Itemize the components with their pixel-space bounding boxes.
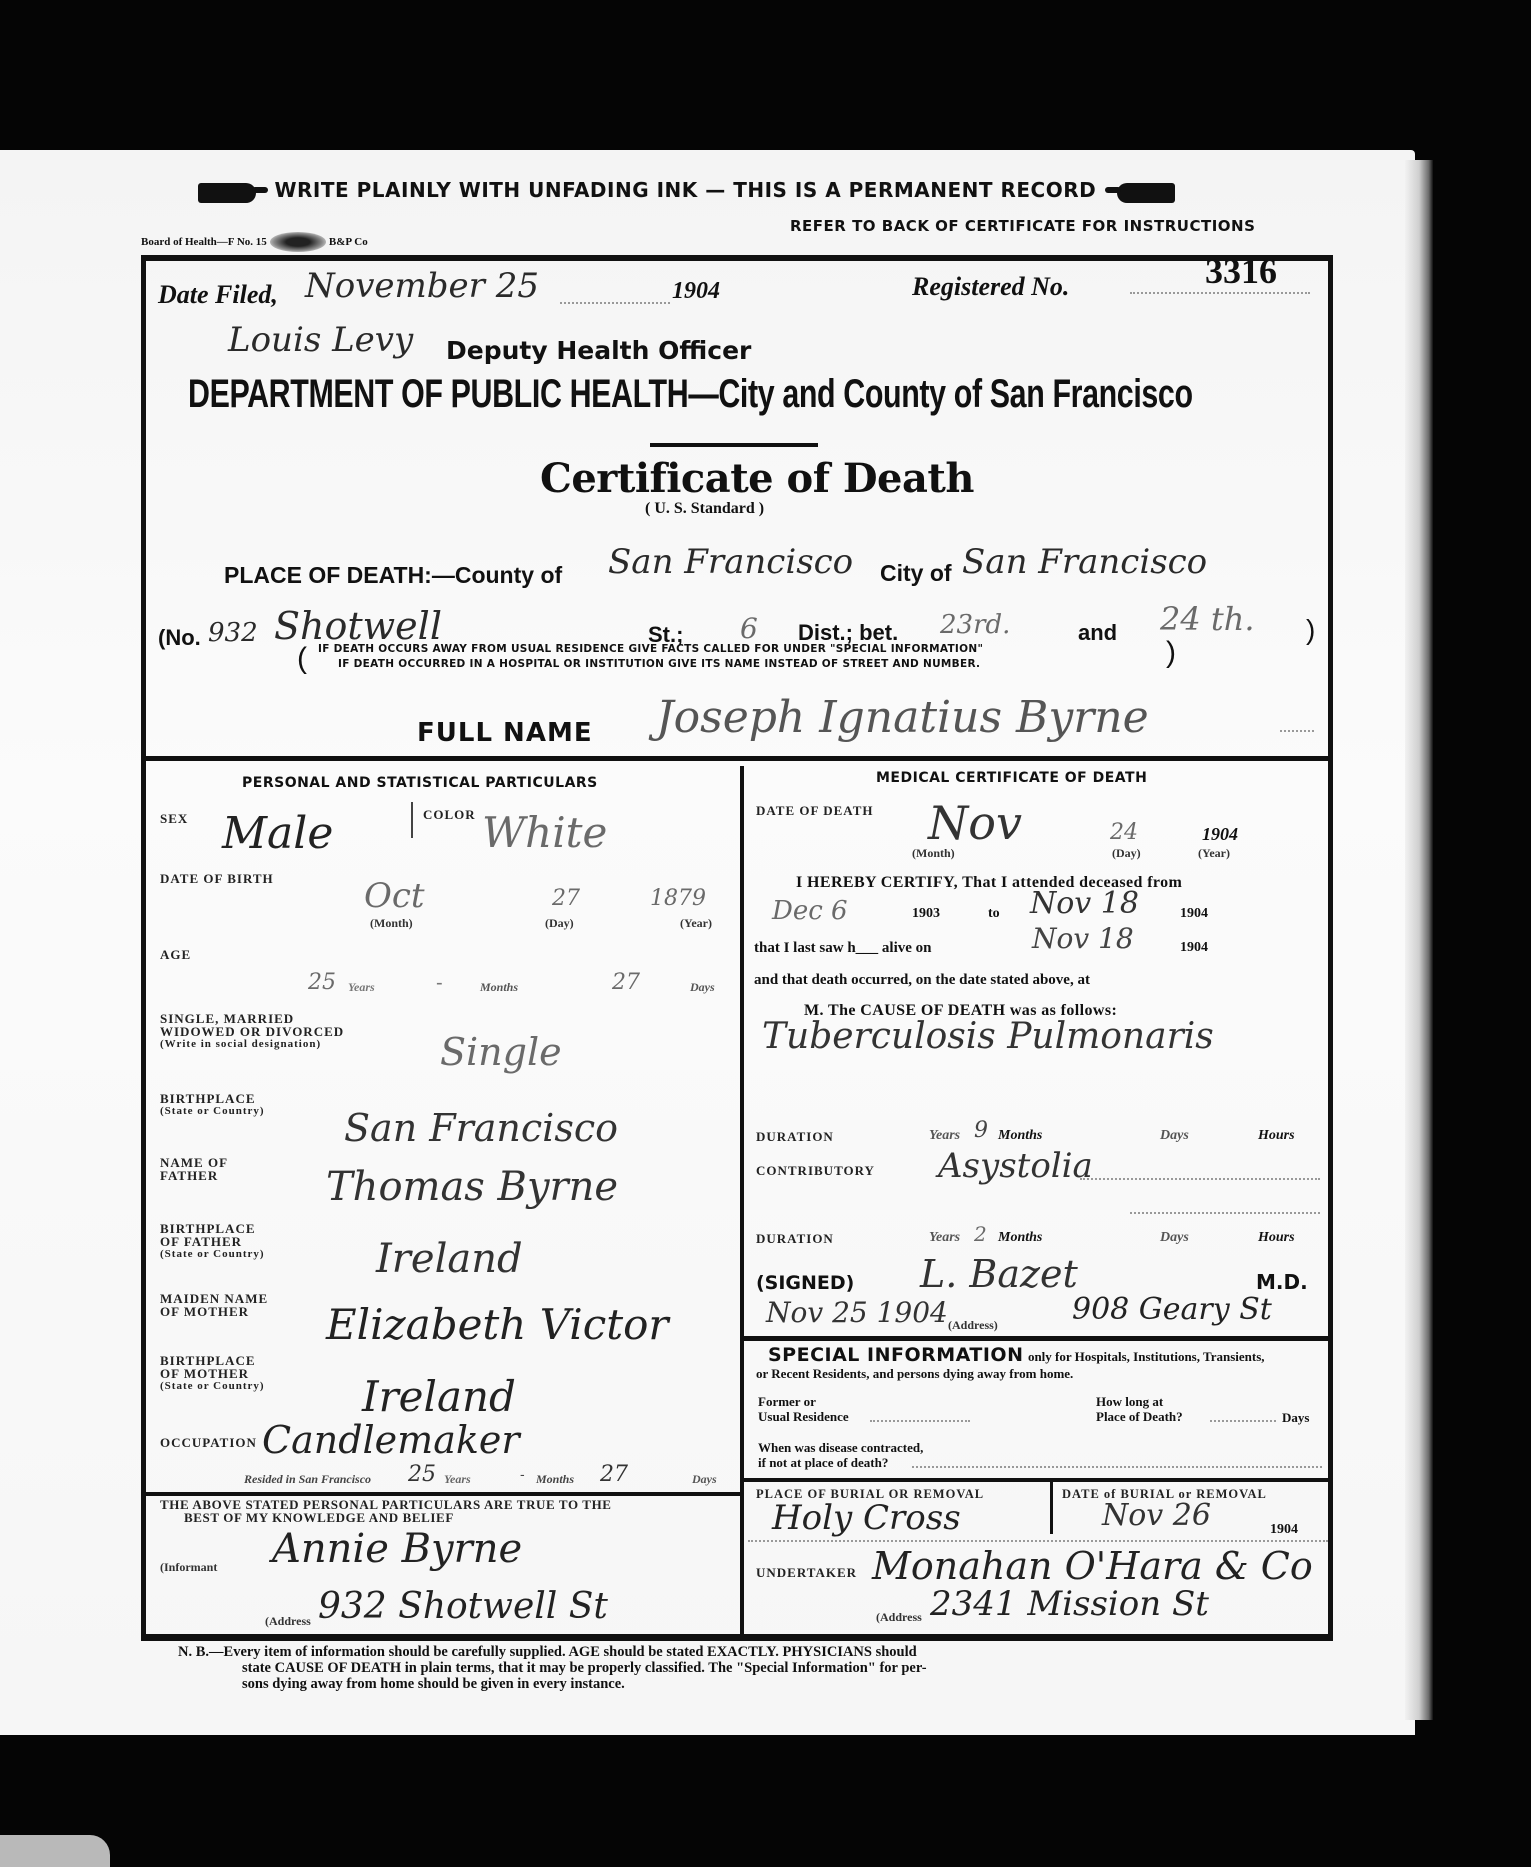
officer-signature: Louis Levy: [228, 320, 413, 360]
footer-note: N. B.—Every item of information should b…: [178, 1644, 927, 1692]
header-banner: WRITE PLAINLY WITH UNFADING INK — THIS I…: [198, 178, 1298, 208]
street-number[interactable]: 932: [208, 618, 258, 648]
frame-right: [1328, 255, 1333, 1640]
registered-label: Registered No.: [912, 272, 1069, 302]
district-value[interactable]: 6: [740, 612, 758, 645]
occurred-text: and that death occurred, on the date sta…: [754, 972, 1090, 989]
resided-days[interactable]: 27: [600, 1462, 628, 1487]
special-heading-rest: only for Hospitals, Institutions, Transi…: [1028, 1349, 1265, 1364]
former-residence-label: Former or Usual Residence: [758, 1394, 849, 1424]
county-value[interactable]: San Francisco: [608, 542, 853, 582]
age-days-caption: Days: [690, 980, 715, 995]
contracted-field[interactable]: [912, 1466, 1322, 1468]
full-name-line: [1280, 730, 1314, 732]
contrib-duration-label: DURATION: [756, 1232, 834, 1245]
contracted-label: When was disease contracted, if not at p…: [758, 1440, 923, 1470]
informant-label: (Informant: [160, 1560, 217, 1575]
last-saw-year[interactable]: 1904: [1180, 940, 1208, 956]
frame-bottom: [141, 1634, 1333, 1641]
mother-label: MAIDEN NAME OF MOTHER: [160, 1292, 268, 1318]
age-years[interactable]: 25: [308, 970, 336, 995]
contracted-label-2: if not at place of death?: [758, 1455, 923, 1470]
frame-left: [141, 255, 146, 1640]
attended-to[interactable]: Nov 18: [1030, 886, 1139, 921]
birthplace-label-1: BIRTHPLACE: [160, 1092, 265, 1105]
former-residence-label-2: Usual Residence: [758, 1409, 849, 1424]
department-title: DEPARTMENT OF PUBLIC HEALTH—City and Cou…: [188, 372, 1193, 417]
registered-number[interactable]: 3316: [1205, 250, 1277, 292]
cause-duration-days-label: Days: [1160, 1128, 1189, 1144]
date-filed-label: Date Filed,: [158, 280, 278, 310]
sex-color-divider: [411, 802, 413, 838]
cause-duration-years-label: Years: [929, 1128, 960, 1144]
father-label-2: FATHER: [160, 1169, 228, 1182]
street-no-label: (No.: [158, 625, 201, 651]
contributory-line-2: [1130, 1212, 1320, 1214]
father-birthplace-label-2: OF FATHER: [160, 1235, 265, 1248]
certificate-title: Certificate of Death: [540, 455, 974, 502]
dob-month[interactable]: Oct: [364, 876, 425, 916]
dod-year-caption: (Year): [1198, 846, 1230, 861]
burial-place[interactable]: Holy Cross: [772, 1498, 961, 1538]
color-label: COLOR: [423, 808, 476, 821]
how-long-label: How long at Place of Death?: [1096, 1394, 1183, 1424]
standard-subtitle: ( U. S. Standard ): [645, 500, 764, 518]
resided-months[interactable]: -: [520, 1466, 525, 1482]
pointing-hand-icon: [198, 183, 256, 203]
burial-date[interactable]: Nov 26: [1102, 1498, 1211, 1533]
contrib-duration-years-label: Years: [929, 1230, 960, 1246]
age-months-caption: Months: [480, 980, 518, 995]
father-label: NAME OF FATHER: [160, 1156, 228, 1182]
paper-edge: [1405, 160, 1433, 1720]
father-birthplace-value[interactable]: Ireland: [376, 1236, 523, 1282]
footer-note-2: state CAUSE OF DEATH in plain terms, tha…: [178, 1660, 927, 1676]
dod-label: DATE OF DEATH: [756, 804, 874, 817]
cause-duration-months-label: Months: [998, 1128, 1042, 1144]
mother-birthplace-label: BIRTHPLACE OF MOTHER (State or Country): [160, 1354, 265, 1393]
burial-top-rule: [744, 1478, 1328, 1482]
attest-text-2: BEST OF MY KNOWLEDGE AND BELIEF: [184, 1511, 454, 1524]
contrib-duration-months-label: Months: [998, 1230, 1042, 1246]
how-long-field[interactable]: [1210, 1420, 1276, 1422]
union-seal-icon: [270, 232, 326, 252]
note-paren-open: (: [297, 642, 307, 676]
dob-day[interactable]: 27: [552, 886, 580, 911]
residence-note-2: IF DEATH OCCURRED IN A HOSPITAL OR INSTI…: [338, 658, 980, 670]
city-value[interactable]: San Francisco: [962, 542, 1207, 582]
form-id-text: Board of Health—F No. 15: [141, 236, 267, 248]
informant-value[interactable]: Annie Byrne: [272, 1526, 522, 1572]
medical-heading: MEDICAL CERTIFICATE OF DEATH: [876, 770, 1147, 786]
resided-years-caption: Years: [444, 1472, 471, 1487]
contrib-duration-months[interactable]: 2: [974, 1222, 987, 1246]
informant-address-label: (Address: [265, 1614, 311, 1629]
title-rule: [650, 443, 818, 447]
occupation-label: OCCUPATION: [160, 1436, 257, 1449]
frame-top: [141, 255, 1332, 261]
pointing-hand-icon-right: [1117, 183, 1175, 203]
md-label: M.D.: [1256, 1270, 1308, 1294]
dob-day-caption: (Day): [545, 916, 574, 931]
signed-label: (SIGNED): [756, 1272, 854, 1294]
last-saw-date[interactable]: Nov 18: [1032, 922, 1134, 955]
cause-duration-label: DURATION: [756, 1130, 834, 1143]
form-id: Board of Health—F No. 15 B&P Co: [141, 232, 368, 252]
between-street-2[interactable]: 24 th.: [1160, 600, 1255, 638]
special-heading-row: SPECIAL INFORMATION only for Hospitals, …: [768, 1344, 1265, 1366]
date-filed-year[interactable]: 1904: [672, 278, 720, 305]
marital-label-3: (Write in social designation): [160, 1038, 344, 1051]
undertaker-value[interactable]: Monahan O'Hara & Co: [872, 1544, 1313, 1588]
column-divider: [740, 766, 744, 1636]
full-name-value[interactable]: Joseph Ignatius Byrne: [656, 692, 1149, 743]
instructions-note: REFER TO BACK OF CERTIFICATE FOR INSTRUC…: [790, 217, 1255, 235]
marital-value[interactable]: Single: [440, 1030, 562, 1074]
section-divider: [146, 756, 1328, 761]
cause-duration-months[interactable]: 9: [974, 1118, 988, 1143]
how-long-days-label: Days: [1282, 1410, 1309, 1426]
how-long-label-2: Place of Death?: [1096, 1409, 1183, 1424]
resided-days-caption: Days: [692, 1472, 717, 1487]
contrib-duration-days-label: Days: [1160, 1230, 1189, 1246]
age-label: AGE: [160, 948, 191, 961]
marital-label: SINGLE, MARRIED WIDOWED OR DIVORCED (Wri…: [160, 1012, 344, 1051]
marital-label-2: WIDOWED OR DIVORCED: [160, 1025, 344, 1038]
occupation-value[interactable]: Candlemaker: [262, 1418, 520, 1462]
birthplace-label: BIRTHPLACE (State or Country): [160, 1092, 265, 1118]
attest-divider: [146, 1492, 740, 1496]
mother-value[interactable]: Elizabeth Victor: [326, 1300, 669, 1349]
attended-from[interactable]: Dec 6: [772, 896, 848, 926]
dob-label: DATE OF BIRTH: [160, 872, 274, 885]
special-top-rule: [744, 1336, 1328, 1341]
physician-address[interactable]: 908 Geary St: [1072, 1292, 1272, 1327]
sex-label: SEX: [160, 812, 188, 825]
mother-birthplace-label-2: OF MOTHER: [160, 1367, 265, 1380]
dod-day-caption: (Day): [1112, 846, 1141, 861]
color-value[interactable]: White: [482, 808, 607, 857]
full-name-label: FULL NAME: [417, 718, 593, 748]
physician-address-label: (Address): [948, 1318, 998, 1333]
mother-label-2: OF MOTHER: [160, 1305, 268, 1318]
age-days[interactable]: 27: [612, 970, 640, 995]
contracted-label-1: When was disease contracted,: [758, 1440, 923, 1455]
attended-to-year[interactable]: 1904: [1180, 906, 1208, 922]
attended-from-year[interactable]: 1903: [912, 906, 940, 922]
last-saw-text: that I last saw h___ alive on: [754, 940, 932, 957]
birthplace-value[interactable]: San Francisco: [344, 1106, 618, 1150]
undertaker-address-label: (Address: [876, 1610, 922, 1625]
signed-date[interactable]: Nov 25 1904: [766, 1296, 948, 1329]
city-label: City of: [880, 560, 952, 587]
contributory-line: [1080, 1178, 1320, 1180]
undertaker-label: UNDERTAKER: [756, 1566, 857, 1579]
sex-value[interactable]: Male: [222, 808, 333, 859]
resided-months-caption: Months: [536, 1472, 574, 1487]
burial-divider: [1050, 1482, 1053, 1534]
date-filed-line: [560, 302, 670, 304]
burial-line: [748, 1540, 1328, 1542]
age-months[interactable]: -: [436, 972, 443, 995]
mother-birthplace-label-3: (State or Country): [160, 1380, 265, 1393]
special-heading: SPECIAL INFORMATION: [768, 1344, 1023, 1366]
personal-heading: PERSONAL AND STATISTICAL PARTICULARS: [242, 775, 598, 791]
contributory-value[interactable]: Asystolia: [938, 1146, 1093, 1186]
former-residence-field[interactable]: [870, 1420, 970, 1422]
residence-note-1: IF DEATH OCCURS AWAY FROM USUAL RESIDENC…: [318, 643, 983, 655]
paper-scrap: [0, 1835, 110, 1867]
cause-value[interactable]: Tuberculosis Pulmonaris: [762, 1016, 1214, 1057]
note-paren-close: ): [1166, 636, 1176, 670]
how-long-label-1: How long at: [1096, 1394, 1183, 1409]
contrib-duration-hours-label: Hours: [1258, 1230, 1295, 1246]
father-birthplace-label-3: (State or Country): [160, 1248, 265, 1261]
signed-by[interactable]: L. Bazet: [920, 1252, 1078, 1296]
mother-birthplace-value[interactable]: Ireland: [362, 1372, 516, 1421]
to-label: to: [988, 906, 1000, 922]
dod-year[interactable]: 1904: [1202, 824, 1238, 845]
officer-title: Deputy Health Officer: [446, 336, 751, 365]
special-heading-rest-2: or Recent Residents, and persons dying a…: [756, 1366, 1073, 1382]
close-paren: ): [1306, 614, 1315, 646]
contributory-label: CONTRIBUTORY: [756, 1164, 875, 1177]
printer-text: B&P Co: [329, 236, 368, 248]
age-years-caption: Years: [348, 980, 375, 995]
father-birthplace-label: BIRTHPLACE OF FATHER (State or Country): [160, 1222, 265, 1261]
and-label: and: [1078, 620, 1117, 646]
registered-line: [1130, 292, 1310, 294]
footer-note-3: sons dying away from home should be give…: [178, 1676, 927, 1692]
footer-note-1: N. B.—Every item of information should b…: [178, 1644, 927, 1660]
place-of-death-label: PLACE OF DEATH:—County of: [224, 562, 562, 589]
dob-month-caption: (Month): [370, 916, 413, 931]
birthplace-label-2: (State or Country): [160, 1105, 265, 1118]
dob-year[interactable]: 1879: [650, 886, 706, 911]
resided-years[interactable]: 25: [408, 1462, 436, 1487]
burial-year[interactable]: 1904: [1270, 1522, 1298, 1538]
informant-address[interactable]: 932 Shotwell St: [318, 1586, 608, 1627]
banner-text: WRITE PLAINLY WITH UNFADING INK — THIS I…: [274, 178, 1096, 202]
resided-label: Resided in San Francisco: [244, 1472, 371, 1487]
cause-duration-hours-label: Hours: [1258, 1128, 1295, 1144]
dob-year-caption: (Year): [680, 916, 712, 931]
undertaker-address[interactable]: 2341 Mission St: [930, 1584, 1209, 1624]
former-residence-label-1: Former or: [758, 1394, 849, 1409]
date-filed-value[interactable]: November 25: [305, 266, 539, 306]
dod-day[interactable]: 24: [1110, 820, 1138, 845]
father-value[interactable]: Thomas Byrne: [326, 1164, 618, 1210]
dod-month-caption: (Month): [912, 846, 955, 861]
dod-month[interactable]: Nov: [928, 796, 1022, 850]
between-street-1[interactable]: 23rd.: [940, 610, 1010, 640]
